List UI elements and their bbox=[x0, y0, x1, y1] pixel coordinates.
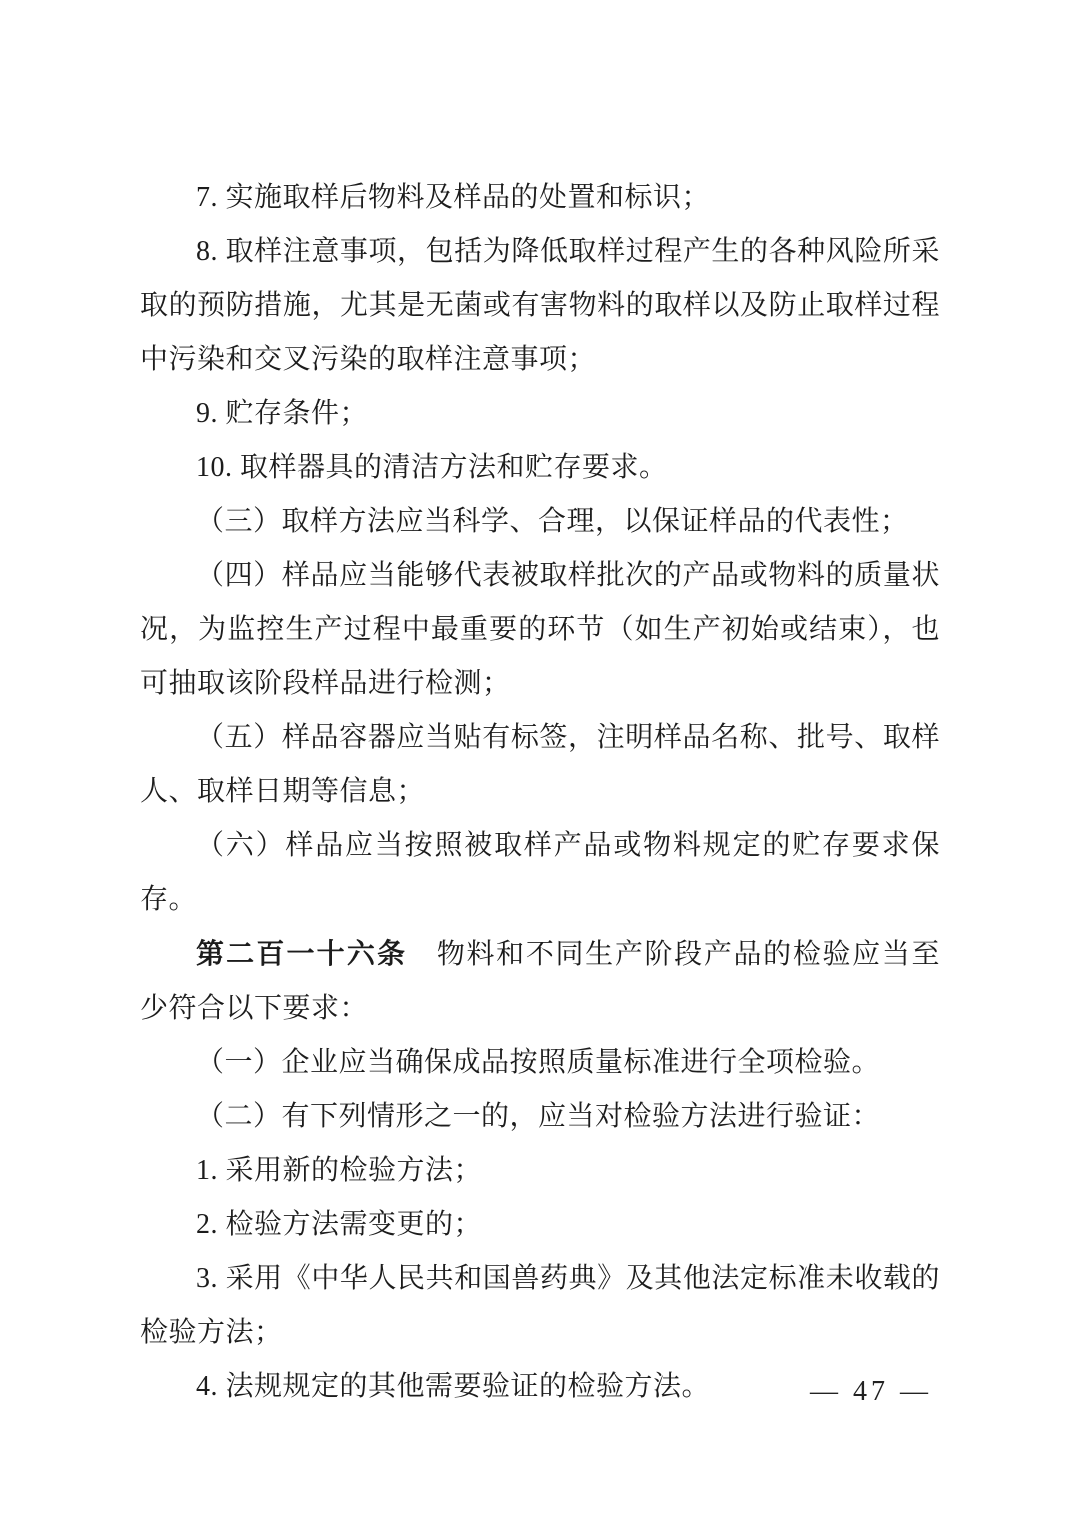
document-page: 7. 实施取样后物料及样品的处置和标识； 8. 取样注意事项，包括为降低取样过程… bbox=[0, 0, 1080, 1527]
article-number: 第二百一十六条 bbox=[196, 938, 407, 969]
paragraph: 7. 实施取样后物料及样品的处置和标识； bbox=[140, 171, 940, 225]
paragraph: （四）样品应当能够代表被取样批次的产品或物料的质量状况，为监控生产过程中最重要的… bbox=[140, 549, 940, 711]
paragraph: 3. 采用《中华人民共和国兽药典》及其他法定标准未收载的检验方法； bbox=[140, 1252, 940, 1360]
paragraph: （一）企业应当确保成品按照质量标准进行全项检验。 bbox=[140, 1036, 940, 1090]
paragraph-article-216: 第二百一十六条 物料和不同生产阶段产品的检验应当至少符合以下要求： bbox=[140, 927, 940, 1036]
paragraph: （五）样品容器应当贴有标签，注明样品名称、批号、取样人、取样日期等信息； bbox=[140, 711, 940, 819]
paragraph: （二）有下列情形之一的，应当对检验方法进行验证： bbox=[140, 1090, 940, 1144]
paragraph: （三）取样方法应当科学、合理，以保证样品的代表性； bbox=[140, 495, 940, 549]
paragraph: 2. 检验方法需变更的； bbox=[140, 1198, 940, 1252]
paragraph: 8. 取样注意事项，包括为降低取样过程产生的各种风险所采取的预防措施，尤其是无菌… bbox=[140, 225, 940, 387]
page-number: — 47 — bbox=[810, 1376, 932, 1408]
paragraph: （六）样品应当按照被取样产品或物料规定的贮存要求保存。 bbox=[140, 819, 940, 927]
document-body: 7. 实施取样后物料及样品的处置和标识； 8. 取样注意事项，包括为降低取样过程… bbox=[140, 171, 940, 1414]
paragraph: 10. 取样器具的清洁方法和贮存要求。 bbox=[140, 441, 940, 495]
paragraph: 9. 贮存条件； bbox=[140, 387, 940, 441]
paragraph: 1. 采用新的检验方法； bbox=[140, 1144, 940, 1198]
